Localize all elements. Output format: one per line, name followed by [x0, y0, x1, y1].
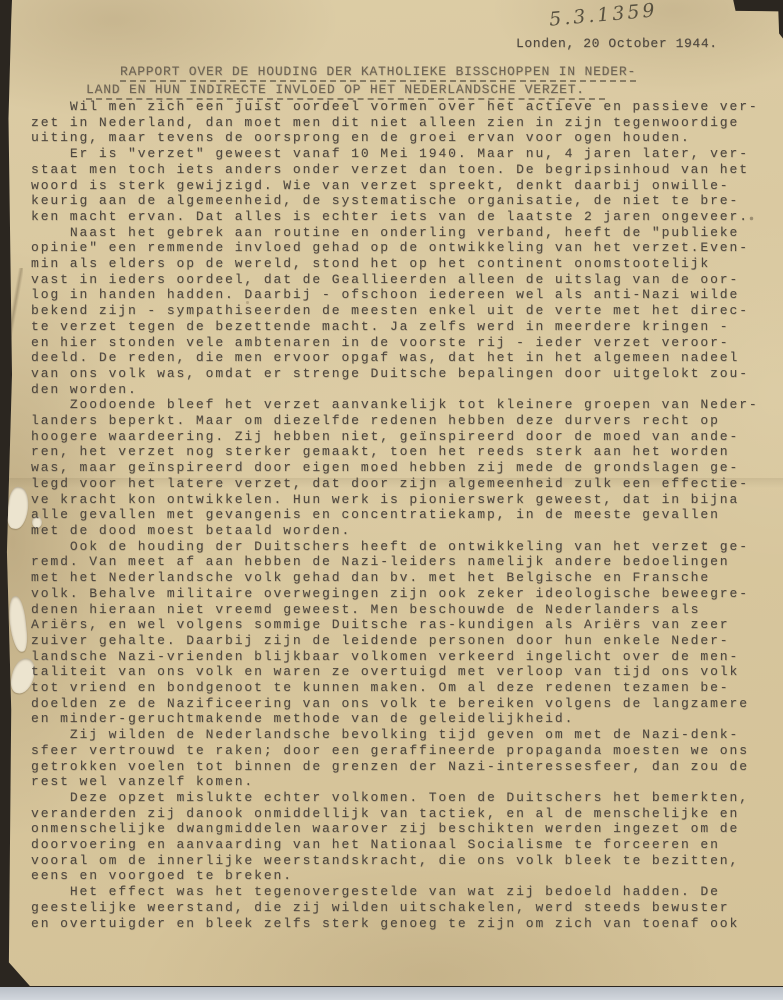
title-line-2: LAND EN HUN INDIRECTE INVLOED OP HET NED… — [86, 82, 605, 100]
paragraph: Zij wilden de Nederlandsche bevolking ti… — [31, 727, 779, 790]
paragraph: Wil men zich een juist oordeel vormen ov… — [31, 99, 779, 146]
paragraph: Het effect was het tegenovergestelde van… — [31, 884, 779, 931]
dateline: Londen, 20 October 1944. — [516, 36, 718, 51]
paragraph: Ook de houding der Duitschers heeft de o… — [31, 539, 779, 727]
paper-damage — [5, 486, 31, 530]
paragraph: Naast het gebrek aan routine en onderlin… — [31, 225, 779, 398]
paragraph: Er is "verzet" geweest vanaf 10 Mei 1940… — [31, 146, 779, 225]
report-body: Wil men zich een juist oordeel vormen ov… — [31, 99, 779, 931]
paper-damage — [7, 595, 29, 652]
document-scan: 5.3.1359 Londen, 20 October 1944. RAPPOR… — [0, 0, 783, 1000]
paper-crease — [7, 268, 23, 342]
report-title: RAPPORT OVER DE HOUDING DER KATHOLIEKE B… — [86, 64, 636, 100]
scanner-bed-strip — [0, 987, 783, 1000]
paragraph: Deze opzet mislukte echter volkomen. Toe… — [31, 790, 779, 884]
title-line-1: RAPPORT OVER DE HOUDING DER KATHOLIEKE B… — [120, 64, 636, 82]
paragraph: Zoodoende bleef het verzet aanvankelijk … — [31, 397, 779, 538]
ink-specks — [5, 0, 6, 1]
